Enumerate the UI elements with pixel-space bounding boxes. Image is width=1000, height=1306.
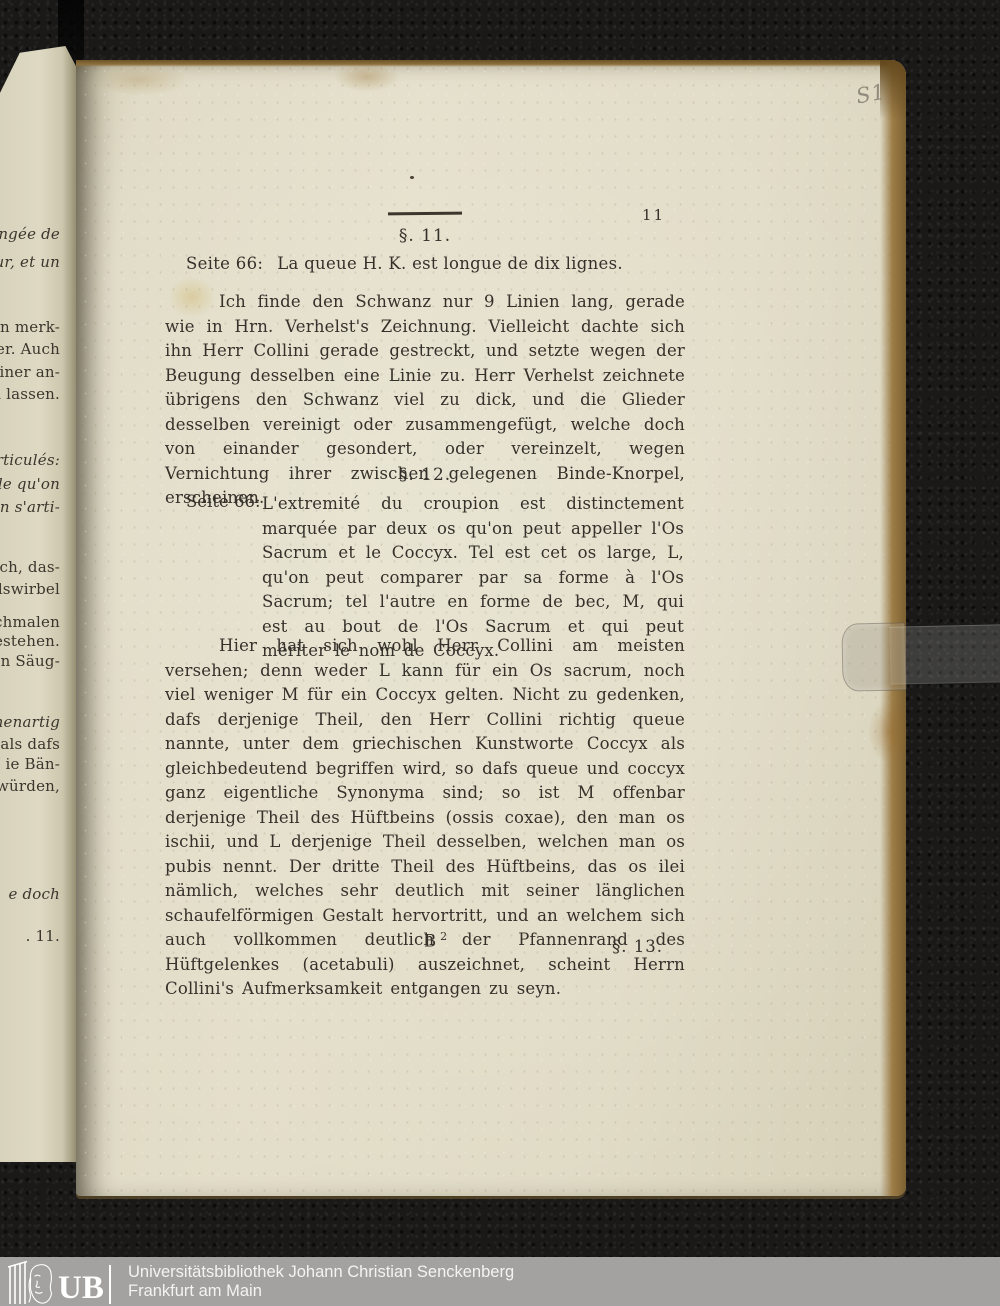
facing-page-text-fragment: iefer. Auch [0, 340, 60, 358]
signature-letter: B [424, 932, 436, 951]
paper-stain [92, 64, 188, 96]
facing-page-text-fragment: als dafs [0, 735, 60, 753]
signature-mark: B2 [424, 930, 447, 951]
library-banner: UB Universitätsbibliothek Johann Christi… [0, 1257, 1000, 1306]
section-12-heading: §. 12. [165, 465, 685, 485]
facing-page-text-fragment: seiner an- [0, 363, 60, 381]
ub-logo-graphic: UB [6, 1259, 114, 1305]
facing-page-text-fragment: . 11. [26, 927, 60, 945]
section-11-quote: Seite 66:La queue H. K. est longue de di… [186, 254, 623, 273]
facing-page-text-fragment: Halswirbel [0, 580, 60, 598]
goethe-portrait-icon [29, 1264, 52, 1302]
facing-page-text-fragment: articulés: [0, 451, 60, 469]
library-name: Universitätsbibliothek Johann Christian … [128, 1263, 514, 1282]
library-city: Frankfurt am Main [128, 1282, 514, 1301]
ink-speck [410, 176, 414, 179]
header-rule [388, 212, 462, 215]
book-scan: ne rangée de ndeur, et un m ein merk- ie… [0, 0, 1000, 1306]
facing-page-text-fragment: mble qu'on [0, 475, 60, 493]
section-11-heading: §. 11. [165, 226, 685, 246]
quote-page-label: Seite 66: [186, 254, 263, 273]
facing-page-text-fragment: nenartig [0, 713, 60, 731]
facing-page-text-fragment: würden, [0, 777, 60, 795]
page-holder-strap [841, 618, 1000, 695]
facing-page-text-fragment: ie Bän- [5, 755, 60, 773]
page-number: 11 [642, 206, 665, 224]
facing-page-text-fragment: e doch [8, 885, 60, 903]
facing-page-text-fragment: l'un s'arti- [0, 498, 60, 516]
quote-page-label: Seite 66: [186, 492, 261, 511]
facing-page-text-fragment: bestehen. [0, 632, 60, 650]
facing-page-text-fragment: ne rangée de [0, 225, 60, 243]
pencil-mark: S1 [854, 80, 887, 109]
library-logo: UB [6, 1259, 114, 1305]
facing-page-edge: ne rangée de ndeur, et un m ein merk- ie… [0, 46, 76, 1162]
book-spines-icon [8, 1261, 27, 1304]
facing-page-text-fragment: m ein merk- [0, 318, 60, 336]
facing-page-text-fragment: ken lassen. [0, 385, 60, 403]
quote-text: La queue H. K. est longue de dix lignes. [277, 254, 623, 273]
next-section-catchword: §. 13. [612, 937, 663, 956]
page-top-tape-edge [76, 60, 888, 67]
strap-band [889, 624, 1000, 685]
ub-logo-text: UB [58, 1270, 104, 1305]
signature-number: 2 [440, 930, 447, 943]
library-banner-text: Universitätsbibliothek Johann Christian … [128, 1263, 514, 1301]
facing-page-text-fragment: ndeur, et un [0, 253, 60, 271]
facing-page-text-fragment: sten Säug- [0, 652, 60, 670]
facing-page-text-fragment: tlich, das- [0, 558, 60, 576]
book-page: S1 11 §. 11. Seite 66:La queue H. K. est… [76, 60, 906, 1196]
facing-page-text-fragment: schmalen [0, 613, 60, 631]
